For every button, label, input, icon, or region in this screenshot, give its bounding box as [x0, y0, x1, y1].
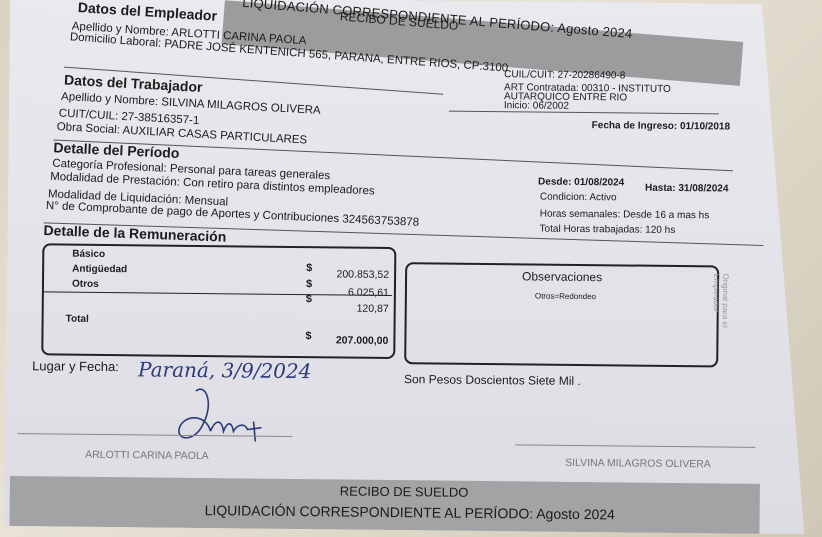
remuneration-section-title: Detalle de la Remuneración	[43, 222, 226, 245]
footer-title: RECIBO DE SUELDO	[340, 483, 469, 499]
rem-label-otros: Otros	[72, 279, 99, 290]
observations-text: Otros=Redondeo	[535, 292, 596, 302]
period-weekly-hours: Horas semanales: Desde 16 a mas hs	[540, 209, 710, 222]
divider	[449, 111, 719, 115]
period-from: Desde: 01/08/2024	[538, 177, 624, 189]
rem-label-basico: Básico	[72, 249, 105, 260]
period-to: Hasta: 31/08/2024	[645, 183, 729, 195]
amount-in-words: Son Pesos Doscientos Siete Mil .	[404, 372, 581, 388]
period-total-hours: Total Horas trabajadas: 120 hs	[540, 224, 676, 236]
rem-total-amount: 207.000,00	[298, 334, 388, 347]
rem-amount-otros: 120,87	[299, 302, 389, 315]
payslip-paper: RECIBO DE SUELDO LIQUIDACIÓN CORRESPONDI…	[4, 0, 810, 534]
signature-icon	[165, 383, 286, 454]
observations-title: Observaciones	[522, 269, 602, 284]
observations-box: Observaciones Otros=Redondeo	[404, 262, 719, 367]
original-note: Original para el Empleador	[711, 273, 730, 350]
place-date-handwritten: Paraná, 3/9/2024	[138, 357, 312, 383]
worker-signature-name: SILVINA MILAGROS OLIVERA	[565, 457, 711, 471]
hire-date: Fecha de Ingreso: 01/10/2018	[592, 120, 731, 132]
period-condition: Condicion: Activo	[540, 192, 617, 204]
employer-signature-name: ARLOTTI CARINA PAOLA	[85, 449, 209, 462]
employer-cuit: CUIL/CUIT: 27-20286490-8	[504, 69, 625, 81]
employer-start: Inicio: 06/2002	[504, 100, 569, 112]
employer-section-title: Datos del Empleador	[77, 0, 217, 24]
place-date-label: Lugar y Fecha:	[32, 358, 119, 374]
remuneration-box: Básico Antigüedad Otros $ 200.853,52 $ 6…	[41, 243, 396, 359]
worker-signature-line	[515, 444, 755, 448]
rem-total-label: Total	[66, 314, 89, 325]
rem-amount-antiguedad: 6.025,61	[299, 286, 389, 299]
rem-amount-basico: 200.853,52	[299, 268, 389, 281]
rem-label-antiguedad: Antigüedad	[72, 264, 127, 276]
